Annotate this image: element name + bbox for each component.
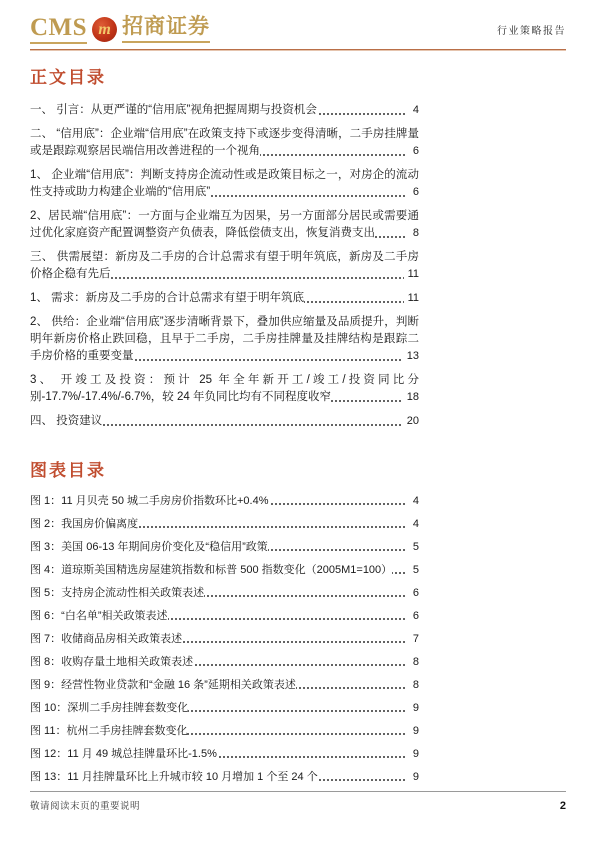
toc-entry[interactable]: 三、 供需展望：新房及二手房的合计总需求有望于明年筑底，新房及二手房价格企稳有先… [30,249,419,283]
figure-entry-text: 图 12：11 月 49 城总挂牌量环比-1.5% [30,748,217,760]
page-number: 2 [560,800,566,812]
toc-entry-text: 2、 供给：企业端“信用底”逐步清晰背景下，叠加供应缩量及品质提升，判断明年新房… [30,316,419,362]
figure-entry-text: 图 11：杭州二手房挂牌套数变化 [30,725,187,737]
figure-entry[interactable]: 图 6：“白名单”相关政策表述 6 [30,610,419,623]
figure-entry-page: 6 [409,587,419,600]
figure-entry-page: 9 [409,702,419,715]
toc-entry[interactable]: 四、 投资建议 20 [30,413,419,430]
figure-entry-page: 8 [409,679,419,692]
footer-row: 敬请阅读末页的重要说明 2 [30,798,566,812]
figure-entry-page: 5 [409,564,419,577]
toc-entry[interactable]: 1、 企业端“信用底”：判断支持房企流动性或是政策目标之一，对房企的流动性支持或… [30,167,419,201]
figure-entry-page: 6 [409,610,419,623]
toc-entry-page: 11 [404,290,419,307]
figure-entry-page: 5 [409,541,419,554]
figure-entry-text: 图 9：经营性物业贷款和“金融 16 条”延期相关政策表述 [30,679,296,691]
figure-entry-text: 图 3：美国 06-13 年期间房价变化及“稳信用”政策 [30,541,268,553]
toc-entry[interactable]: 一、 引言：从更严谨的“信用底”视角把握周期与投资机会 4 [30,102,419,119]
figure-entry[interactable]: 图 4：道琼斯美国精选房屋建筑指数和标普 500 指数变化（2005M1=100… [30,564,419,577]
figure-entry[interactable]: 图 8：收购存量土地相关政策表述 8 [30,656,419,669]
figure-entry[interactable]: 图 9：经营性物业贷款和“金融 16 条”延期相关政策表述 8 [30,679,419,692]
toc-entry-text: 四、 投资建议 [30,415,102,427]
figure-entry[interactable]: 图 3：美国 06-13 年期间房价变化及“稳信用”政策 5 [30,541,419,554]
toc-entry-page: 8 [409,225,419,242]
page-footer: 敬请阅读末页的重要说明 2 [30,791,566,812]
figure-entry-page: 9 [409,725,419,738]
toc-entry[interactable]: 1、 需求：新房及二手房的合计总需求有望于明年筑底 11 [30,290,419,307]
figure-entry-page: 4 [409,518,419,531]
figure-entry-page: 9 [409,771,419,784]
figure-entry[interactable]: 图 11：杭州二手房挂牌套数变化 9 [30,725,419,738]
figure-entry-page: 9 [409,748,419,761]
toc-content: 正文目录 一、 引言：从更严谨的“信用底”视角把握周期与投资机会 4 二、 “信… [0,51,419,784]
toc-entry-text: 一、 引言：从更严谨的“信用底”视角把握周期与投资机会 [30,104,317,116]
main-toc-list: 一、 引言：从更严谨的“信用底”视角把握周期与投资机会 4 二、 “信用底”：企… [30,102,419,430]
figures-toc-list: 图 1：11 月贝壳 50 城二手房房价指数环比+0.4% 4 图 2：我国房价… [30,495,419,784]
toc-entry-page: 4 [409,102,419,119]
footer-divider [30,791,566,792]
figure-entry-text: 图 13：11 月挂牌量环比上升城市较 10 月增加 1 个至 24 个 [30,771,318,783]
figure-entry-text: 图 10：深圳二手房挂牌套数变化 [30,702,188,714]
figure-entry-text: 图 7：收储商品房相关政策表述 [30,633,182,645]
figure-entry-text: 图 4：道琼斯美国精选房屋建筑指数和标普 500 指数变化（2005M1=100… [30,564,392,576]
figure-entry-page: 7 [409,633,419,646]
figure-entry[interactable]: 图 7：收储商品房相关政策表述 7 [30,633,419,646]
brand-name-text: 招商证券 [122,16,210,43]
figure-entry[interactable]: 图 10：深圳二手房挂牌套数变化 9 [30,702,419,715]
cms-m-badge-icon: m [92,17,117,42]
figure-entry-page: 4 [409,495,419,508]
figure-entry-text: 图 5：支持房企流动性相关政策表述 [30,587,204,599]
toc-entry-page: 11 [404,266,419,283]
figure-entry-text: 图 6：“白名单”相关政策表述 [30,610,168,622]
figure-entry[interactable]: 图 1：11 月贝壳 50 城二手房房价指数环比+0.4% 4 [30,495,419,508]
toc-entry-page: 6 [409,143,419,160]
footer-disclaimer: 敬请阅读末页的重要说明 [30,798,140,812]
figure-entry-page: 8 [409,656,419,669]
toc-entry-page: 13 [403,348,419,365]
report-type-label: 行业策略报告 [497,22,566,44]
figure-entry-text: 图 1：11 月贝壳 50 城二手房房价指数环比+0.4% [30,495,269,507]
figure-entry[interactable]: 图 2：我国房价偏离度 4 [30,518,419,531]
cms-logo-text: CMS [30,15,87,44]
toc-entry-text: 2、居民端“信用底”：一方面与企业端互为因果，另一方面部分居民或需要通过优化家庭… [30,210,419,239]
figure-entry-text: 图 8：收购存量土地相关政策表述 [30,656,193,668]
figure-entry-text: 图 2：我国房价偏离度 [30,518,138,530]
cms-logo: CMS m 招商证券 [30,15,210,44]
toc-entry-text: 1、 需求：新房及二手房的合计总需求有望于明年筑底 [30,292,304,304]
toc-entry-page: 6 [409,184,419,201]
figure-entry[interactable]: 图 13：11 月挂牌量环比上升城市较 10 月增加 1 个至 24 个 9 [30,771,419,784]
page-header: CMS m 招商证券 行业策略报告 [0,0,595,49]
toc-entry[interactable]: 2、居民端“信用底”：一方面与企业端互为因果，另一方面部分居民或需要通过优化家庭… [30,208,419,242]
figure-entry[interactable]: 图 5：支持房企流动性相关政策表述 6 [30,587,419,600]
toc-entry[interactable]: 3、 开竣工及投资：预计 25 年全年新开工/竣工/投资同比分别-17.7%/-… [30,372,419,406]
toc-entry-page: 20 [403,413,419,430]
main-toc-title: 正文目录 [30,63,419,88]
toc-entry-page: 18 [403,389,419,406]
toc-entry[interactable]: 二、 “信用底”：企业端“信用底”在政策支持下或逐步变得清晰，二手房挂牌量或是跟… [30,126,419,160]
toc-entry[interactable]: 2、 供给：企业端“信用底”逐步清晰背景下，叠加供应缩量及品质提升，判断明年新房… [30,314,419,365]
figure-entry[interactable]: 图 12：11 月 49 城总挂牌量环比-1.5% 9 [30,748,419,761]
report-page: CMS m 招商证券 行业策略报告 正文目录 一、 引言：从更严谨的“信用底”视… [0,0,595,842]
figures-toc-title: 图表目录 [30,456,419,481]
